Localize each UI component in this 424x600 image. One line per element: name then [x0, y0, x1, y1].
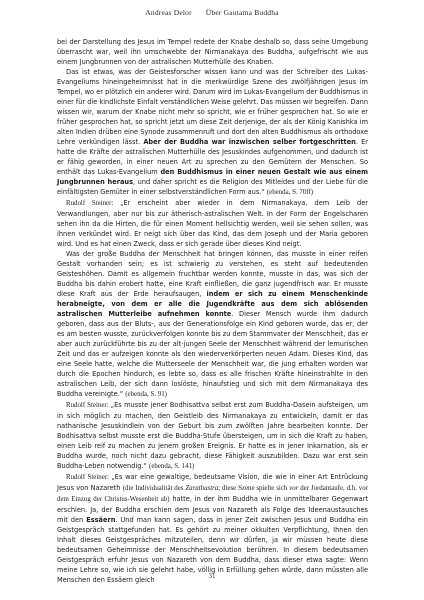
text-run: . Dieser Mensch wurde ihm dadurch gebore… — [57, 310, 368, 398]
paragraph: bei der Darstellung des Jesus im Tempel … — [57, 37, 368, 67]
text-run: „Es musste jener Bodhisattva selbst erst… — [57, 401, 368, 470]
paragraph: Rudolf Steiner: „Es war eine gewaltige, … — [57, 472, 368, 585]
header-book-title: Über Gautama Buddha — [206, 8, 279, 17]
paragraph: Das ist etwas, was der Geistesforscher w… — [57, 67, 368, 198]
text-run: (die Individualität des — [123, 485, 186, 492]
text-run: Rudolf Steiner: — [66, 402, 111, 409]
header-author: Andreas Delor — [145, 8, 192, 17]
running-header: Andreas DelorÜber Gautama Buddha — [0, 8, 424, 17]
paragraph: Rudolf Steiner: „Er erscheint aber wiede… — [57, 198, 368, 249]
text-run: vor — [289, 485, 298, 492]
text-run: (ebenda, S. 141) — [149, 463, 194, 470]
text-run: Rudolf Steiner: — [66, 200, 120, 207]
paragraph: Rudolf Steiner: „Es musste jener Bodhisa… — [57, 400, 368, 472]
book-page: Andreas DelorÜber Gautama Buddha bei der… — [0, 0, 424, 600]
page-number: 31 — [0, 572, 424, 580]
text-run: Essäern — [86, 516, 115, 524]
text-run: Zarathustra — [185, 485, 218, 492]
text-run: Rudolf Steiner: — [66, 474, 111, 481]
body-text: bei der Darstellung des Jesus im Tempel … — [57, 37, 368, 585]
text-run: (ebenda, S. 70ff) — [267, 189, 313, 196]
text-run: Aber der Buddha war inzwischen selber fo… — [143, 138, 356, 146]
text-run: ; diese Szene spielte sich — [218, 485, 289, 492]
text-run: bei der Darstellung des Jesus im Tempel … — [57, 38, 368, 66]
paragraph: Was der große Buddha der Menschheit hat … — [57, 249, 368, 400]
text-run: Das ist etwas, was der Geistesforscher w… — [57, 68, 368, 146]
text-run: (ebenda, S. 91) — [125, 391, 167, 398]
